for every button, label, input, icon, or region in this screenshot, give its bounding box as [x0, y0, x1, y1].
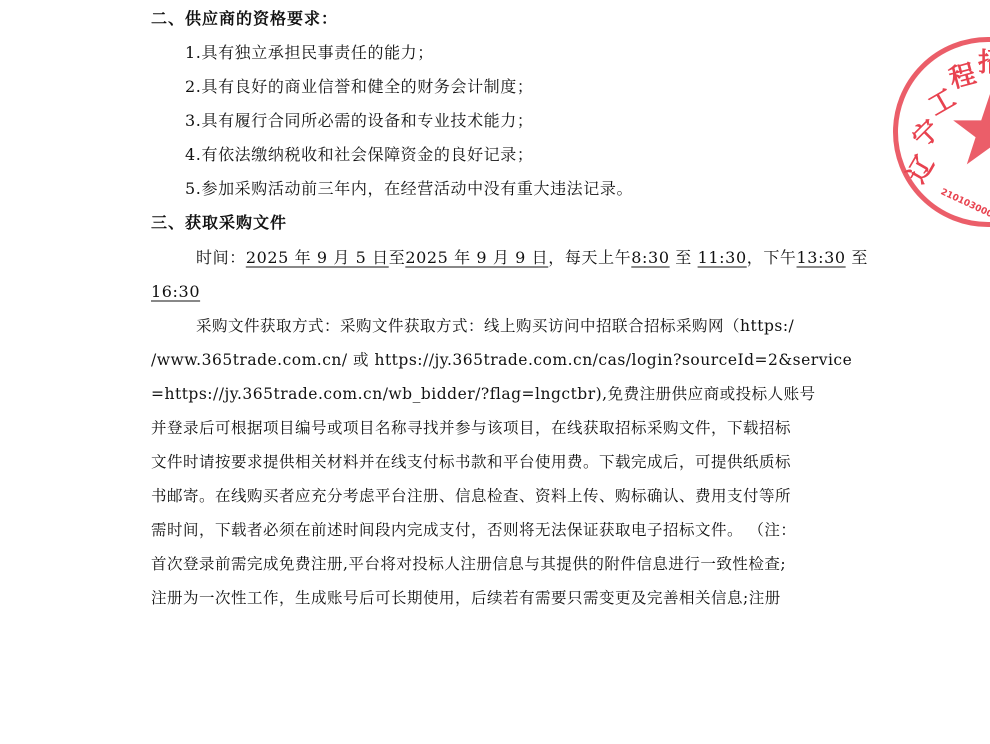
method-line-7: 需时间，下载者必须在前述时间段内完成支付，否则将无法保证获取电子招标文件。 （注… [151, 520, 796, 540]
document-page: 二、供应商的资格要求： 1.具有独立承担民事责任的能力； 2.具有良好的商业信誉… [0, 0, 990, 744]
method-line-3: =https://jy.365trade.com.cn/wb_bidder/?f… [151, 384, 816, 404]
method-line-5: 文件时请按要求提供相关材料并在线支付标书款和平台使用费。下载完成后，可提供纸质标 [151, 452, 791, 472]
method-line-1: 采购文件获取方式：采购文件获取方式：线上购买访问中招联合招标采购网（https:… [196, 316, 794, 336]
pm-end-time: 16:30 [151, 282, 200, 301]
daily-text: ，每天上午 [548, 248, 631, 267]
am-start-time: 8:30 [631, 248, 669, 267]
method-line-4: 并登录后可根据项目编号或项目名称寻找并参与该项目，在线获取招标采购文件，下载招标 [151, 418, 791, 438]
start-date: 2025 年 9 月 5 日 [246, 248, 389, 267]
qualification-item-2: 2.具有良好的商业信誉和健全的财务会计制度； [185, 77, 533, 97]
seal-char: 招 [978, 42, 990, 79]
method-line-6: 书邮寄。在线购买者应充分考虑平台注册、信息检查、资料上传、购标确认、费用支付等所 [151, 486, 791, 506]
method-line-2: /www.365trade.com.cn/ 或 https://jy.365tr… [151, 350, 852, 370]
pm-start-time: 13:30 [797, 248, 846, 267]
time-line-cont: 16:30 [151, 282, 200, 302]
am-end-time: 11:30 [698, 248, 747, 267]
end-date: 2025 年 9 月 9 日 [405, 248, 548, 267]
method-line-9: 注册为一次性工作，生成账号后可长期使用，后续若有需要只需变更及完善相关信息;注册 [151, 588, 781, 608]
qualification-item-3: 3.具有履行合同所必需的设备和专业技术能力； [185, 111, 533, 131]
pm-text: ，下午 [747, 248, 797, 267]
section-heading-obtain-documents: 三、获取采购文件 [151, 213, 287, 233]
qualification-item-1: 1.具有独立承担民事责任的能力； [185, 43, 434, 63]
time-line: 时间：2025 年 9 月 5 日至2025 年 9 月 9 日，每天上午8:3… [196, 248, 868, 268]
to-text: 至 [389, 248, 406, 267]
method-line-8: 首次登录前需完成免费注册,平台将对投标人注册信息与其提供的附件信息进行一致性检查… [151, 554, 786, 574]
to-text: 至 [670, 248, 698, 267]
to-text: 至 [846, 248, 868, 267]
section-heading-qualifications: 二、供应商的资格要求： [151, 9, 338, 29]
qualification-item-4: 4.有依法缴纳税收和社会保障资金的良好记录； [185, 145, 533, 165]
time-label: 时间： [196, 248, 246, 267]
qualification-item-5: 5.参加采购活动前三年内，在经营活动中没有重大违法记录。 [185, 179, 633, 199]
